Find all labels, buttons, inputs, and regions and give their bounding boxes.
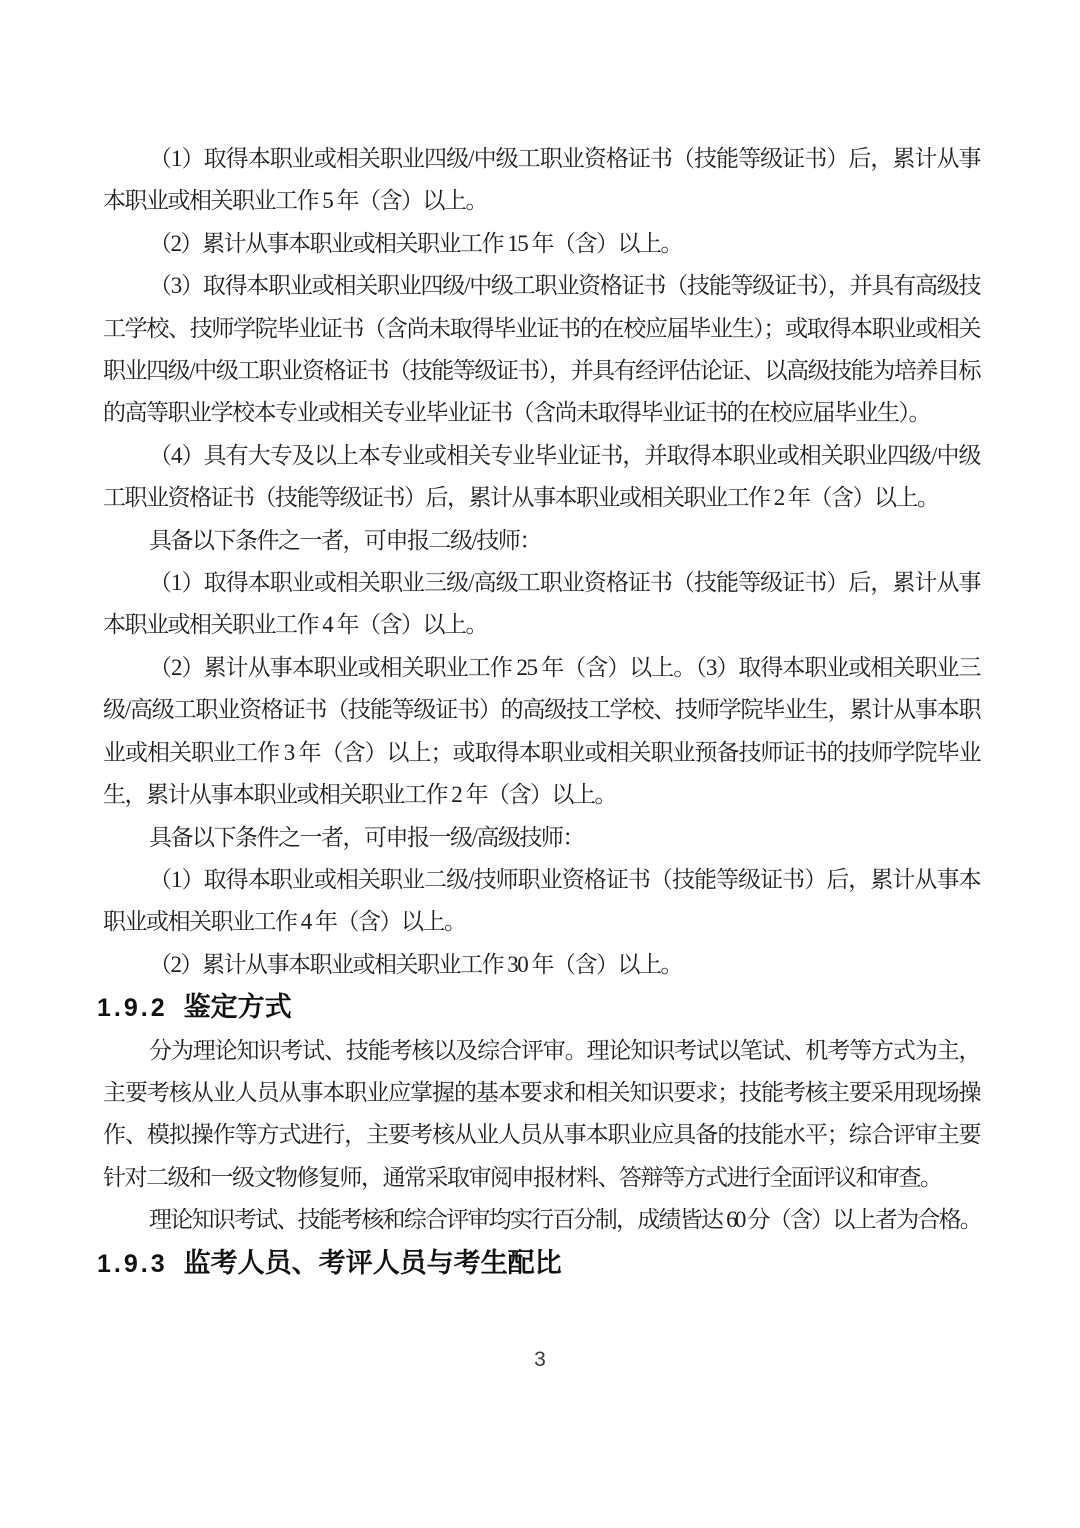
heading-title: 监考人员、考评人员与考生配比 (184, 1248, 562, 1278)
page-number: 3 (0, 1348, 1080, 1372)
body-paragraph: 具备以下条件之一者，可申报二级/技师： (103, 520, 980, 562)
body-paragraph: （2）累计从事本职业或相关职业工作 30 年（含）以上。 (103, 944, 980, 986)
heading-title: 鉴定方式 (184, 992, 292, 1022)
heading-number: 1.9.3 (97, 1250, 168, 1278)
body-paragraph: （1）取得本职业或相关职业三级/高级工职业资格证书（技能等级证书）后，累计从事本… (103, 562, 980, 647)
document-page: （1）取得本职业或相关职业四级/中级工职业资格证书（技能等级证书）后，累计从事本… (0, 0, 1080, 1528)
body-paragraph: （3）取得本职业或相关职业四级/中级工职业资格证书（技能等级证书），并具有高级技… (103, 265, 980, 435)
body-paragraph: 分为理论知识考试、技能考核以及综合评审。理论知识考试以笔试、机考等方式为主，主要… (103, 1030, 980, 1200)
heading-number: 1.9.2 (97, 994, 168, 1022)
body-paragraph: （2）累计从事本职业或相关职业工作 15 年（含）以上。 (103, 223, 980, 265)
body-paragraph: 理论知识考试、技能考核和综合评审均实行百分制，成绩皆达 60 分（含）以上者为合… (103, 1199, 980, 1241)
section-heading-1-9-2: 1.9.2鉴定方式 (97, 986, 980, 1029)
body-paragraph: （1）取得本职业或相关职业四级/中级工职业资格证书（技能等级证书）后，累计从事本… (103, 138, 980, 223)
body-paragraph: （1）取得本职业或相关职业二级/技师职业资格证书（技能等级证书）后，累计从事本职… (103, 859, 980, 944)
body-paragraph: 具备以下条件之一者，可申报一级/高级技师： (103, 817, 980, 859)
document-body: （1）取得本职业或相关职业四级/中级工职业资格证书（技能等级证书）后，累计从事本… (103, 138, 980, 1285)
body-paragraph: （2）累计从事本职业或相关职业工作 25 年（含）以上。（3）取得本职业或相关职… (103, 647, 980, 817)
body-paragraph: （4）具有大专及以上本专业或相关专业毕业证书，并取得本职业或相关职业四级/中级工… (103, 435, 980, 520)
section-heading-1-9-3: 1.9.3监考人员、考评人员与考生配比 (97, 1242, 980, 1285)
